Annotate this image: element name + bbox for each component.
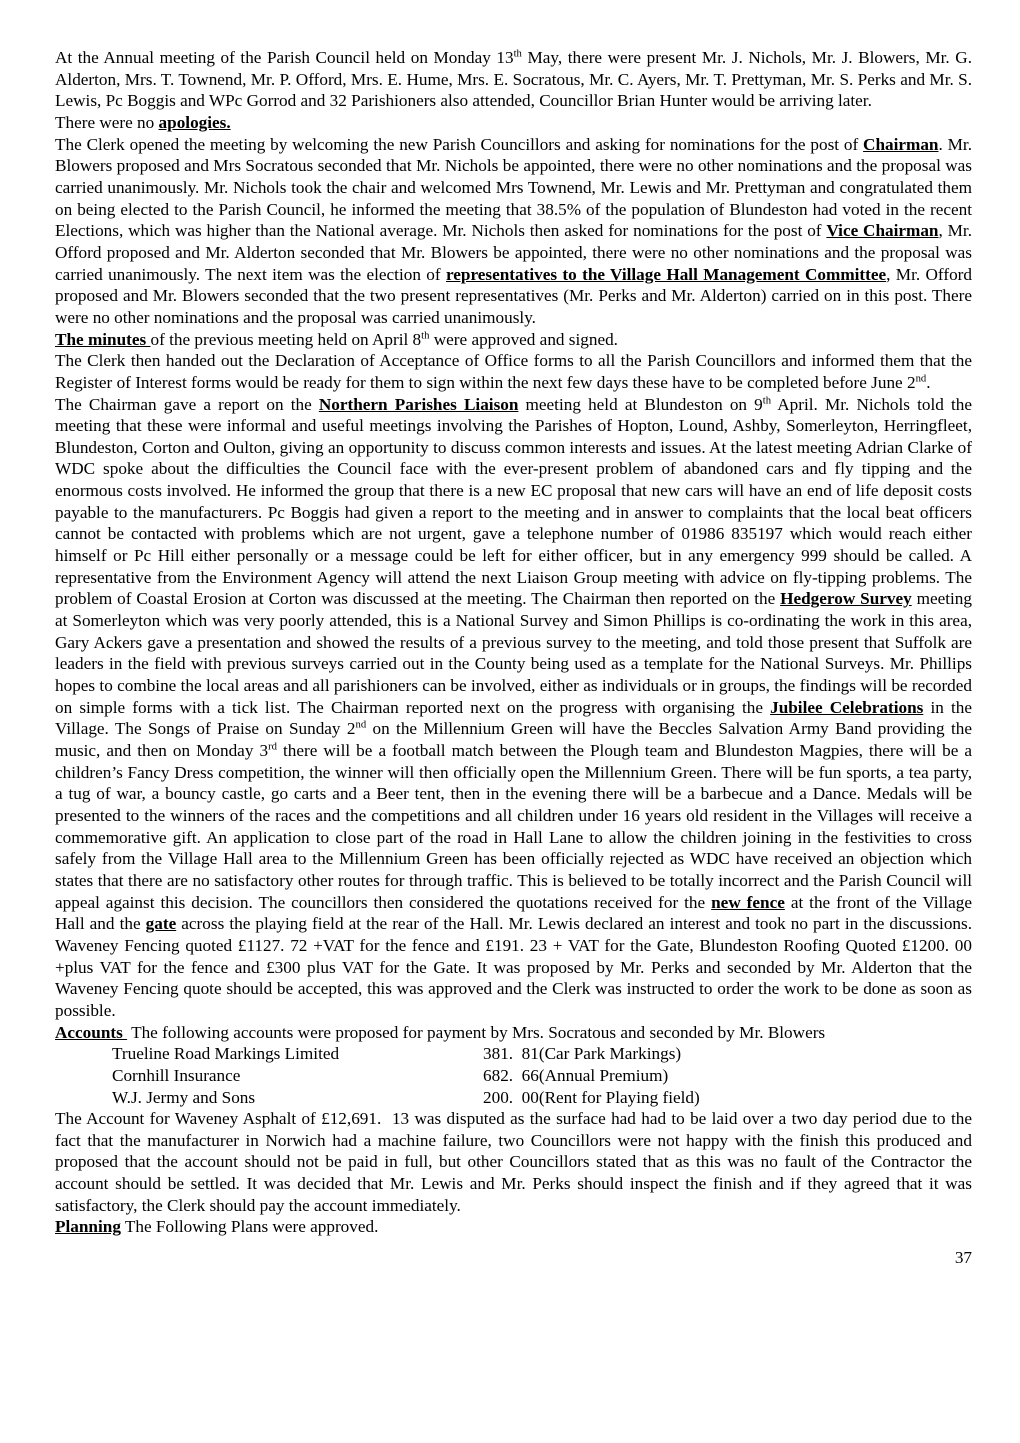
account-payee: W.J. Jermy and Sons bbox=[112, 1087, 483, 1109]
superscript-text: nd bbox=[355, 720, 366, 731]
paragraph: The Clerk opened the meeting by welcomin… bbox=[55, 134, 972, 329]
text-run: meeting held at Blundeston on 9 bbox=[518, 395, 762, 414]
text-run: across the playing field at the rear of … bbox=[55, 914, 972, 1020]
text-run: The Account for Waveney Asphalt of £12,6… bbox=[55, 1109, 972, 1215]
superscript-text: th bbox=[514, 48, 522, 59]
text-run: The Chairman gave a report on the bbox=[55, 395, 319, 414]
emphasized-text: Planning bbox=[55, 1217, 121, 1236]
text-run: of the previous meeting held on April 8 bbox=[151, 330, 422, 349]
text-run: The Clerk then handed out the Declaratio… bbox=[55, 351, 972, 392]
paragraph: The Account for Waveney Asphalt of £12,6… bbox=[55, 1108, 972, 1216]
emphasized-text: Hedgerow Survey bbox=[780, 589, 912, 608]
emphasized-text: Accounts bbox=[55, 1023, 127, 1042]
emphasized-text: representatives to the Village Hall Mana… bbox=[446, 265, 886, 284]
text-run: there will be a football match between t… bbox=[55, 741, 972, 912]
document-body: At the Annual meeting of the Parish Coun… bbox=[55, 47, 972, 1238]
account-amount: 381. 81(Car Park Markings) bbox=[483, 1043, 681, 1065]
superscript-text: rd bbox=[268, 741, 277, 752]
superscript-text: nd bbox=[916, 373, 927, 384]
paragraph: There were no apologies. bbox=[55, 112, 972, 134]
text-run: The Clerk opened the meeting by welcomin… bbox=[55, 135, 863, 154]
account-payee: Trueline Road Markings Limited bbox=[112, 1043, 483, 1065]
text-run: April. Mr. Nichols told the meeting that… bbox=[55, 395, 972, 609]
text-run: The Following Plans were approved. bbox=[121, 1217, 378, 1236]
page-number: 37 bbox=[55, 1247, 972, 1269]
text-run: The following accounts were proposed for… bbox=[127, 1023, 825, 1042]
emphasized-text: Vice Chairman bbox=[826, 221, 938, 240]
paragraph: Accounts The following accounts were pro… bbox=[55, 1022, 972, 1044]
emphasized-text: The minutes bbox=[55, 330, 151, 349]
account-row: Trueline Road Markings Limited381. 81(Ca… bbox=[55, 1043, 972, 1065]
emphasized-text: gate bbox=[146, 914, 177, 933]
emphasized-text: new fence bbox=[711, 893, 785, 912]
paragraph: Planning The Following Plans were approv… bbox=[55, 1216, 972, 1238]
paragraph: The Clerk then handed out the Declaratio… bbox=[55, 350, 972, 393]
account-amount: 682. 66(Annual Premium) bbox=[483, 1065, 668, 1087]
text-run: There were no bbox=[55, 113, 159, 132]
text-run: . bbox=[926, 373, 930, 392]
emphasized-text: Chairman bbox=[863, 135, 938, 154]
account-row: W.J. Jermy and Sons200. 00(Rent for Play… bbox=[55, 1087, 972, 1109]
emphasized-text: Jubilee Celebrations bbox=[770, 698, 923, 717]
account-payee: Cornhill Insurance bbox=[112, 1065, 483, 1087]
paragraph: At the Annual meeting of the Parish Coun… bbox=[55, 47, 972, 112]
superscript-text: th bbox=[763, 395, 771, 406]
emphasized-text: Northern Parishes Liaison bbox=[319, 395, 519, 414]
paragraph: The Chairman gave a report on the Northe… bbox=[55, 394, 972, 1022]
paragraph: The minutes of the previous meeting held… bbox=[55, 329, 972, 351]
account-amount: 200. 00(Rent for Playing field) bbox=[483, 1087, 700, 1109]
emphasized-text: apologies. bbox=[159, 113, 231, 132]
document-page: At the Annual meeting of the Parish Coun… bbox=[0, 0, 1020, 1443]
account-row: Cornhill Insurance682. 66(Annual Premium… bbox=[55, 1065, 972, 1087]
text-run: were approved and signed. bbox=[429, 330, 618, 349]
text-run: At the Annual meeting of the Parish Coun… bbox=[55, 48, 514, 67]
